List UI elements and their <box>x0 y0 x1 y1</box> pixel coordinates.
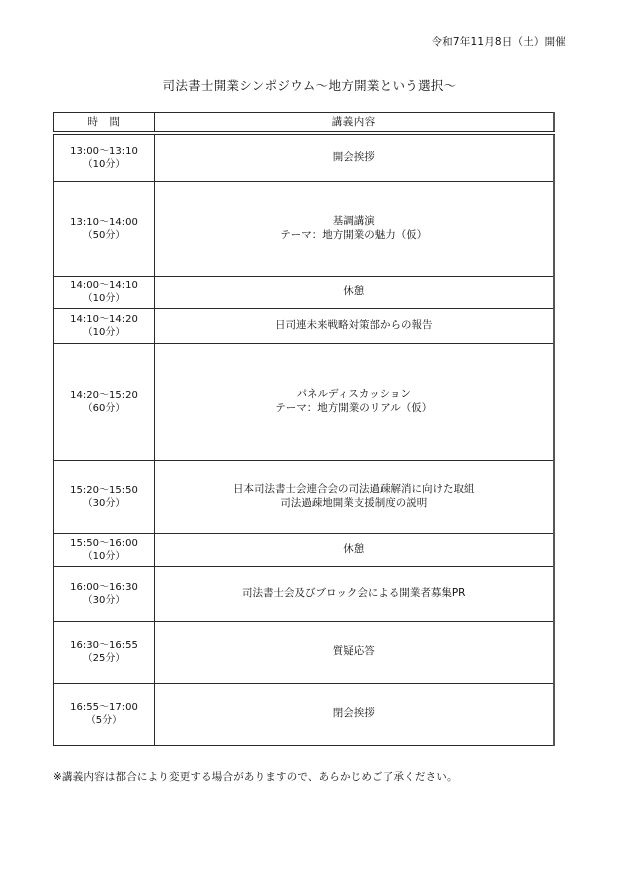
time-range: 16:30～16:55 <box>54 639 154 652</box>
table-row: 15:50～16:00（10分）休憩 <box>54 533 554 566</box>
content-cell: 基調講演テーマ：地方開業の魅力（仮） <box>155 181 554 276</box>
table-row: 15:20～15:50（30分）日本司法書士会連合会の司法過疎解消に向けた取組司… <box>54 460 554 533</box>
table-row: 16:00～16:30（30分）司法書士会及びブロック会による開業者募集PR <box>54 566 554 621</box>
session-title-line: テーマ：地方開業の魅力（仮） <box>155 229 553 243</box>
table-row: 13:00～13:10（10分）開会挨拶 <box>54 133 554 181</box>
session-title-line: 日司連未来戦略対策部からの報告 <box>155 319 553 333</box>
schedule-table: 時 間 講義内容 13:00～13:10（10分）開会挨拶13:10～14:00… <box>53 112 555 746</box>
duration: （30分） <box>54 594 154 607</box>
event-date: 令和7年11月8日（土）開催 <box>431 34 566 49</box>
time-cell: 16:00～16:30（30分） <box>54 566 155 621</box>
time-cell: 14:00～14:10（10分） <box>54 276 155 308</box>
duration: （10分） <box>54 550 154 563</box>
time-cell: 14:20～15:20（60分） <box>54 343 155 460</box>
time-range: 14:00～14:10 <box>54 279 154 292</box>
time-cell: 13:00～13:10（10分） <box>54 133 155 181</box>
duration: （60分） <box>54 402 154 415</box>
session-title-line: テーマ：地方開業のリアル（仮） <box>155 402 553 416</box>
content-cell: 休憩 <box>155 276 554 308</box>
duration: （30分） <box>54 497 154 510</box>
time-range: 14:10～14:20 <box>54 313 154 326</box>
content-cell: 開会挨拶 <box>155 133 554 181</box>
session-title-line: 開会挨拶 <box>155 151 553 165</box>
table-header-row: 時 間 講義内容 <box>54 113 554 134</box>
time-cell: 14:10～14:20（10分） <box>54 308 155 343</box>
session-title-line: 閉会挨拶 <box>155 707 553 721</box>
column-header-time: 時 間 <box>54 113 155 134</box>
duration: （25分） <box>54 652 154 665</box>
document-title: 司法書士開業シンポジウム～地方開業という選択～ <box>0 76 619 94</box>
session-title-line: 司法書士会及びブロック会による開業者募集PR <box>155 587 553 601</box>
duration: （10分） <box>54 326 154 339</box>
time-range: 16:00～16:30 <box>54 581 154 594</box>
content-cell: パネルディスカッションテーマ：地方開業のリアル（仮） <box>155 343 554 460</box>
duration: （5分） <box>54 714 154 727</box>
time-range: 13:10～14:00 <box>54 216 154 229</box>
table-row: 14:00～14:10（10分）休憩 <box>54 276 554 308</box>
session-title-line: 休憩 <box>155 285 553 299</box>
content-cell: 休憩 <box>155 533 554 566</box>
time-cell: 16:30～16:55（25分） <box>54 621 155 683</box>
time-range: 13:00～13:10 <box>54 145 154 158</box>
time-cell: 15:20～15:50（30分） <box>54 460 155 533</box>
time-cell: 16:55～17:00（5分） <box>54 683 155 745</box>
time-cell: 13:10～14:00（50分） <box>54 181 155 276</box>
duration: （50分） <box>54 229 154 242</box>
table-row: 16:55～17:00（5分）閉会挨拶 <box>54 683 554 745</box>
content-cell: 質疑応答 <box>155 621 554 683</box>
table-row: 13:10～14:00（50分）基調講演テーマ：地方開業の魅力（仮） <box>54 181 554 276</box>
session-title-line: 司法過疎地開業支援制度の説明 <box>155 497 553 511</box>
table-row: 14:10～14:20（10分）日司連未来戦略対策部からの報告 <box>54 308 554 343</box>
session-title-line: パネルディスカッション <box>155 388 553 402</box>
time-range: 16:55～17:00 <box>54 701 154 714</box>
column-header-content: 講義内容 <box>155 113 554 134</box>
content-cell: 司法書士会及びブロック会による開業者募集PR <box>155 566 554 621</box>
session-title-line: 日本司法書士会連合会の司法過疎解消に向けた取組 <box>155 483 553 497</box>
schedule-body: 13:00～13:10（10分）開会挨拶13:10～14:00（50分）基調講演… <box>54 133 554 745</box>
session-title-line: 基調講演 <box>155 215 553 229</box>
session-title-line: 休憩 <box>155 543 553 557</box>
table-row: 14:20～15:20（60分）パネルディスカッションテーマ：地方開業のリアル（… <box>54 343 554 460</box>
time-range: 14:20～15:20 <box>54 389 154 402</box>
footnote: ※講義内容は都合により変更する場合がありますので、あらかじめご了承ください。 <box>53 769 458 784</box>
session-title-line: 質疑応答 <box>155 645 553 659</box>
table-row: 16:30～16:55（25分）質疑応答 <box>54 621 554 683</box>
content-cell: 閉会挨拶 <box>155 683 554 745</box>
content-cell: 日本司法書士会連合会の司法過疎解消に向けた取組司法過疎地開業支援制度の説明 <box>155 460 554 533</box>
time-range: 15:50～16:00 <box>54 537 154 550</box>
content-cell: 日司連未来戦略対策部からの報告 <box>155 308 554 343</box>
duration: （10分） <box>54 292 154 305</box>
time-cell: 15:50～16:00（10分） <box>54 533 155 566</box>
duration: （10分） <box>54 158 154 171</box>
time-range: 15:20～15:50 <box>54 484 154 497</box>
